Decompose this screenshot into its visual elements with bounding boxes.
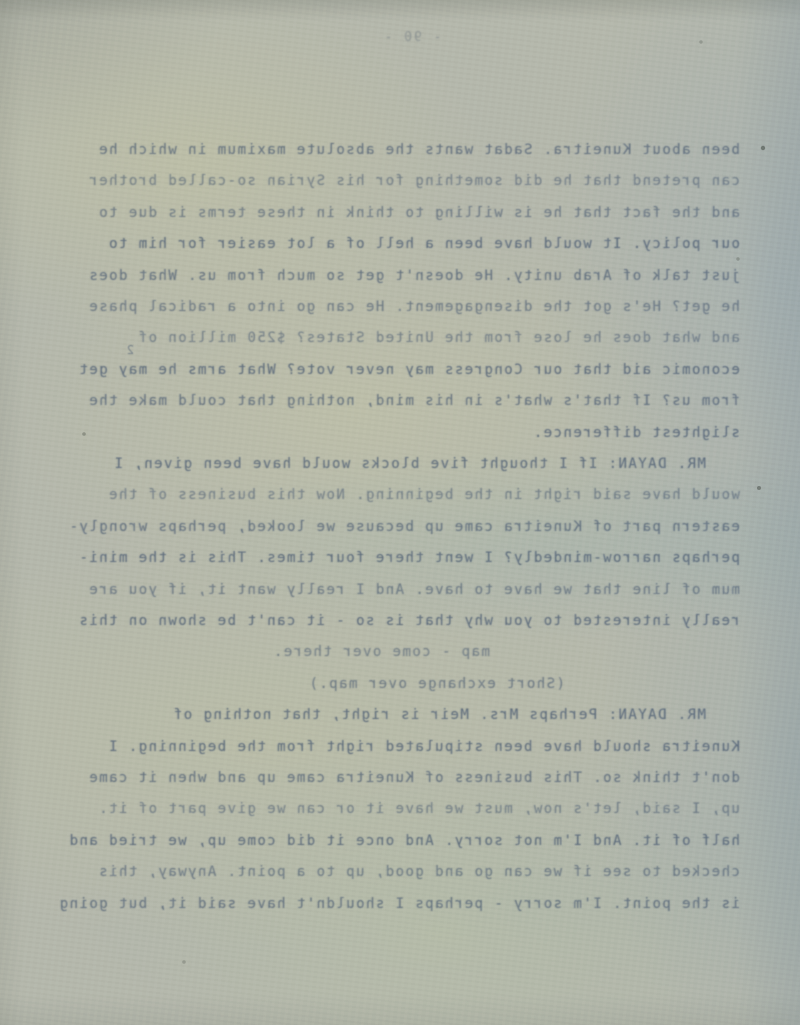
typewritten-line: from us? If that's what's in his mind, n…	[84, 391, 740, 411]
dust-specks	[0, 0, 2, 2]
typewritten-line: our policy. It would have been a hell of…	[84, 234, 740, 254]
typewritten-line: and what does he lose from the United St…	[84, 328, 740, 348]
scanned-document-page: - 90 - been about Kuneitra. Sadat wants …	[0, 0, 800, 1025]
typewritten-line: economic aid that our Congress may never…	[84, 360, 740, 380]
typewritten-line: mum of line that we have to have. And I …	[84, 580, 740, 600]
typewritten-line: map - come over there.	[0, 642, 740, 662]
typewritten-line: half of it. And I'm not sorry. And once …	[84, 831, 740, 851]
typewritten-line: Kuneitra should have been stipulated rig…	[84, 737, 740, 757]
typewritten-line: just talk of Arab unity. He doesn't get …	[84, 266, 740, 286]
typewritten-line: would have said right in the beginning. …	[84, 485, 740, 505]
typewritten-line: up, I said, let's now, must we have it o…	[84, 799, 740, 819]
annotation-digit: 2	[127, 343, 134, 357]
typewritten-line: checked to see if we can go and good, up…	[84, 862, 740, 882]
typewritten-line: (Short exchange over map.)	[0, 674, 740, 694]
mirrored-text-block: - 90 - been about Kuneitra. Sadat wants …	[84, 0, 740, 1025]
typewritten-line: been about Kuneitra. Sadat wants the abs…	[84, 140, 740, 160]
typewritten-line: really interested to you why that is so …	[84, 611, 740, 631]
typewritten-line: perhaps narrow-mindedly? I went there fo…	[84, 548, 740, 568]
typewritten-line: is the point. I'm sorry - perhaps I shou…	[84, 894, 740, 914]
typewritten-line: eastern part of Kuneitra came up because…	[84, 517, 740, 537]
typewritten-text: been about Kuneitra. Sadat wants the abs…	[84, 0, 740, 1025]
typewritten-line: MR. DAYAN: Perhaps Mrs. Meir is right, t…	[50, 705, 740, 725]
typewritten-line: and the fact that he is willing to think…	[84, 203, 740, 223]
typewritten-line: can pretend that he did something for hi…	[84, 171, 740, 191]
typewritten-line: don't think so. This business of Kuneitr…	[84, 768, 740, 788]
typewritten-line: he get? He's got the disengagement. He c…	[84, 297, 740, 317]
typewritten-line: slightest difference.	[84, 423, 740, 443]
typewritten-line: MR. DAYAN: If I thought five blocks woul…	[50, 454, 740, 474]
